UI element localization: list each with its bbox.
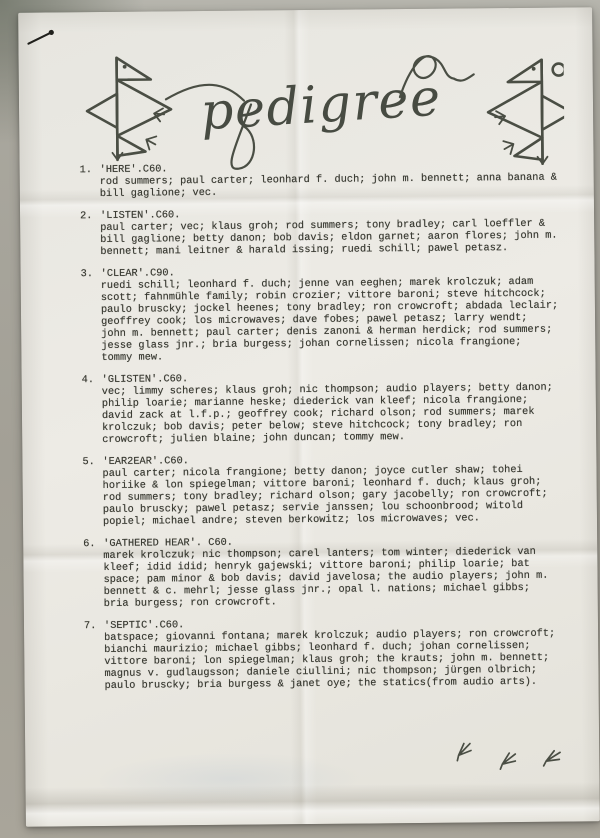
item-number: 6.: [83, 538, 104, 610]
item-contributors: vec; limmy scheres; klaus groh; nic thom…: [102, 381, 575, 446]
list-item: 6. 'GATHERED HEAR'. C60. marek krolczuk;…: [83, 533, 576, 610]
document-paper: pedigree: [18, 7, 600, 826]
list-item: 3. 'CLEAR'.C90. ruedi schill; leonhard f…: [81, 263, 574, 364]
right-bird-icon: [488, 59, 565, 164]
item-number: 7.: [84, 620, 105, 692]
typed-text-block: 1. 'HERE'.C60. rod summers; paul carter;…: [80, 159, 577, 702]
list-item: 2. 'LISTEN'.C60. paul carter; vec; klaus…: [80, 205, 572, 258]
show-through-smudge: [95, 751, 365, 806]
item-number: 3.: [81, 268, 102, 364]
item-contributors: rod summers; paul carter; leonhard f. du…: [100, 171, 572, 200]
item-contributors: marek krolczuk; nic thompson; carel lant…: [103, 545, 576, 610]
item-contributors: ruedi schill; leonhard f. duch; jenne va…: [101, 275, 574, 364]
item-contributors: batspace; giovanni fontana; marek krolcz…: [104, 627, 577, 692]
item-contributors: paul carter; nicola frangione; betty dan…: [102, 463, 575, 528]
list-item: 1. 'HERE'.C60. rod summers; paul carter;…: [80, 159, 572, 200]
list-item: 7. 'SEPTIC'.C60. batspace; giovanni font…: [84, 615, 577, 692]
left-bird-icon: [87, 57, 172, 160]
item-number: 4.: [82, 374, 103, 446]
egg-icon: [553, 64, 565, 76]
list-item: 5. 'EAR2EAR'.C60. paul carter; nicola fr…: [82, 451, 575, 528]
item-number: 2.: [80, 210, 100, 258]
item-number: 1.: [80, 164, 100, 200]
list-item: 4. 'GLISTEN'.C60. vec; limmy scheres; kl…: [82, 369, 575, 446]
item-number: 5.: [82, 456, 103, 528]
bird-footprint-icon: [497, 751, 519, 773]
bird-footprint-icon: [540, 748, 564, 772]
photo-background: { "photo": { "background_color": "#a3a09…: [0, 0, 600, 838]
item-contributors: paul carter; vec; klaus groh; rod summer…: [100, 217, 572, 258]
bird-footprint-icon: [452, 740, 477, 765]
